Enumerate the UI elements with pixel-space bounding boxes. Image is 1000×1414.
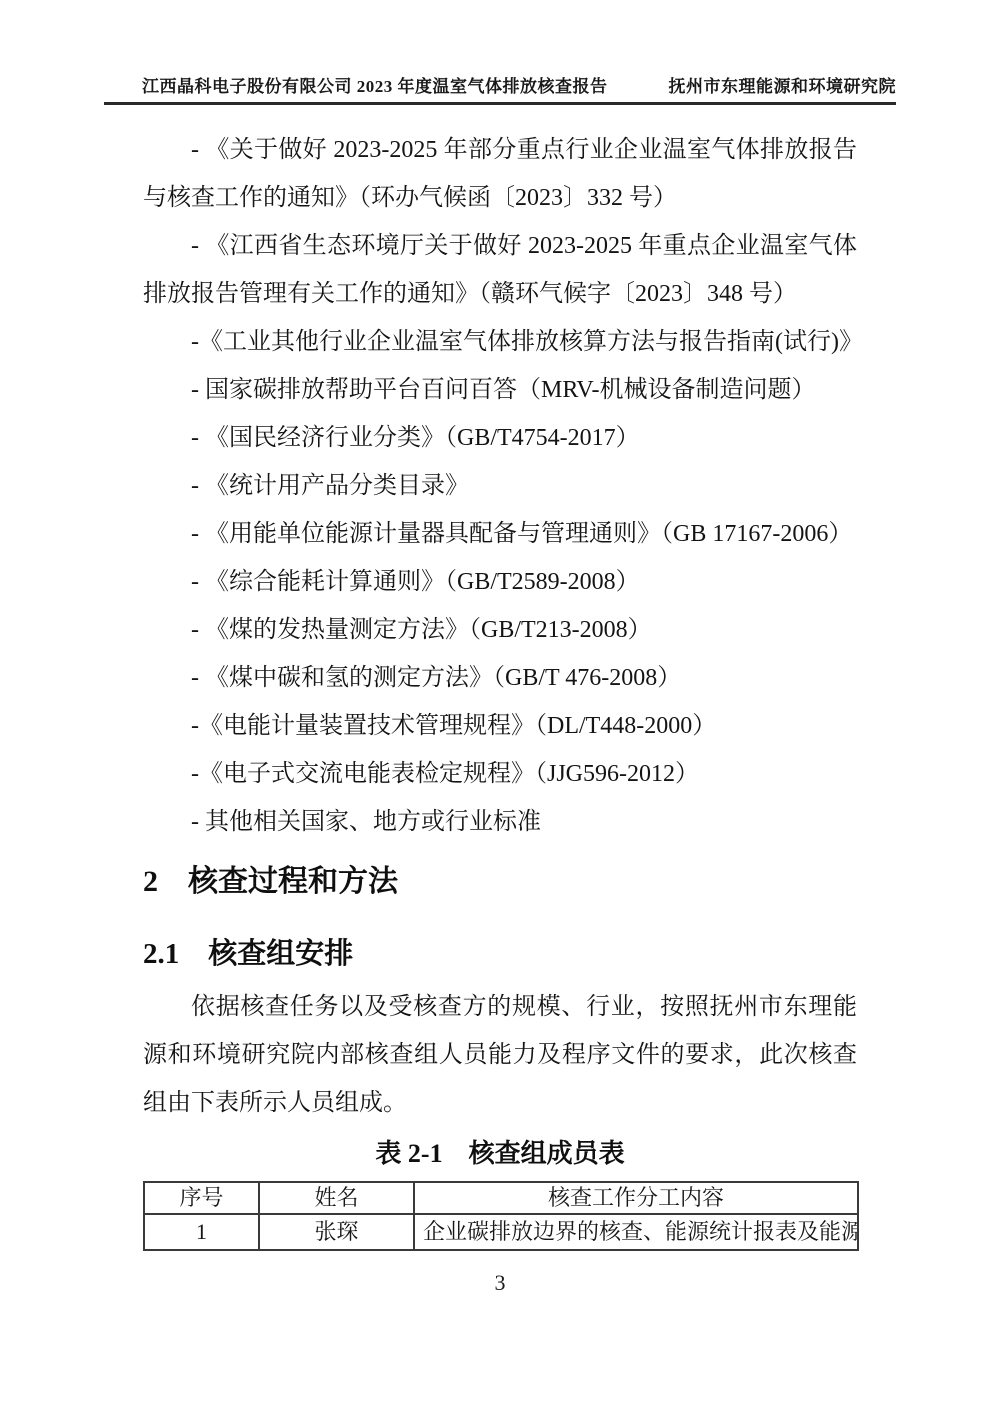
table-row: 1 张琛 企业碳排放边界的核查、能源统计报表及能源利 <box>144 1214 858 1250</box>
reference-item: - 《统计用产品分类目录》 <box>143 462 857 510</box>
header-report-title: 江西晶科电子股份有限公司 2023 年度温室气体排放核查报告 <box>104 72 608 97</box>
page-number: 3 <box>0 1270 1000 1296</box>
column-header-name: 姓名 <box>259 1182 414 1214</box>
reference-item: - 《综合能耗计算通则》（GB/T2589-2008） <box>143 558 857 606</box>
cell-index: 1 <box>144 1214 259 1250</box>
reference-item: - 《煤的发热量测定方法》（GB/T213-2008） <box>143 606 857 654</box>
cell-duty: 企业碳排放边界的核查、能源统计报表及能源利 <box>414 1214 858 1250</box>
reference-item: - 《关于做好 2023-2025 年部分重点行业企业温室气体排放报告与核查工作… <box>143 126 857 222</box>
section-heading-2-1: 2.1 核查组安排 <box>143 932 857 976</box>
reference-item: - 《江西省生态环境厅关于做好 2023-2025 年重点企业温室气体排放报告管… <box>143 222 857 318</box>
column-header-index: 序号 <box>144 1182 259 1214</box>
column-header-duty: 核查工作分工内容 <box>414 1182 858 1214</box>
reference-item: -《工业其他行业企业温室气体排放核算方法与报告指南(试行)》 <box>143 318 857 366</box>
header-institute-name: 抚州市东理能源和环境研究院 <box>669 72 897 97</box>
cell-name: 张琛 <box>259 1214 414 1250</box>
reference-item: - 《国民经济行业分类》（GB/T4754-2017） <box>143 414 857 462</box>
verification-team-table: 序号 姓名 核查工作分工内容 1 张琛 企业碳排放边界的核查、能源统计报表及能源… <box>143 1181 859 1251</box>
reference-item: - 《用能单位能源计量器具配备与管理通则》（GB 17167-2006） <box>143 510 857 558</box>
body-paragraph: 依据核查任务以及受核查方的规模、行业，按照抚州市东理能源和环境研究院内部核查组人… <box>143 983 857 1127</box>
table-header-row: 序号 姓名 核查工作分工内容 <box>144 1182 858 1214</box>
table-caption: 表 2-1 核查组成员表 <box>143 1137 857 1171</box>
reference-item: - 国家碳排放帮助平台百问百答（MRV-机械设备制造问题） <box>143 366 857 414</box>
reference-item: -《电子式交流电能表检定规程》（JJG596-2012） <box>143 750 857 798</box>
document-page: 江西晶科电子股份有限公司 2023 年度温室气体排放核查报告 抚州市东理能源和环… <box>0 0 1000 1414</box>
running-header: 江西晶科电子股份有限公司 2023 年度温室气体排放核查报告 抚州市东理能源和环… <box>104 72 896 105</box>
page-content: - 《关于做好 2023-2025 年部分重点行业企业温室气体排放报告与核查工作… <box>143 126 857 1251</box>
reference-item: -《电能计量装置技术管理规程》（DL/T448-2000） <box>143 702 857 750</box>
reference-item: - 《煤中碳和氢的测定方法》（GB/T 476-2008） <box>143 654 857 702</box>
section-heading-2: 2 核查过程和方法 <box>143 860 857 904</box>
reference-item: - 其他相关国家、地方或行业标准 <box>143 798 857 846</box>
